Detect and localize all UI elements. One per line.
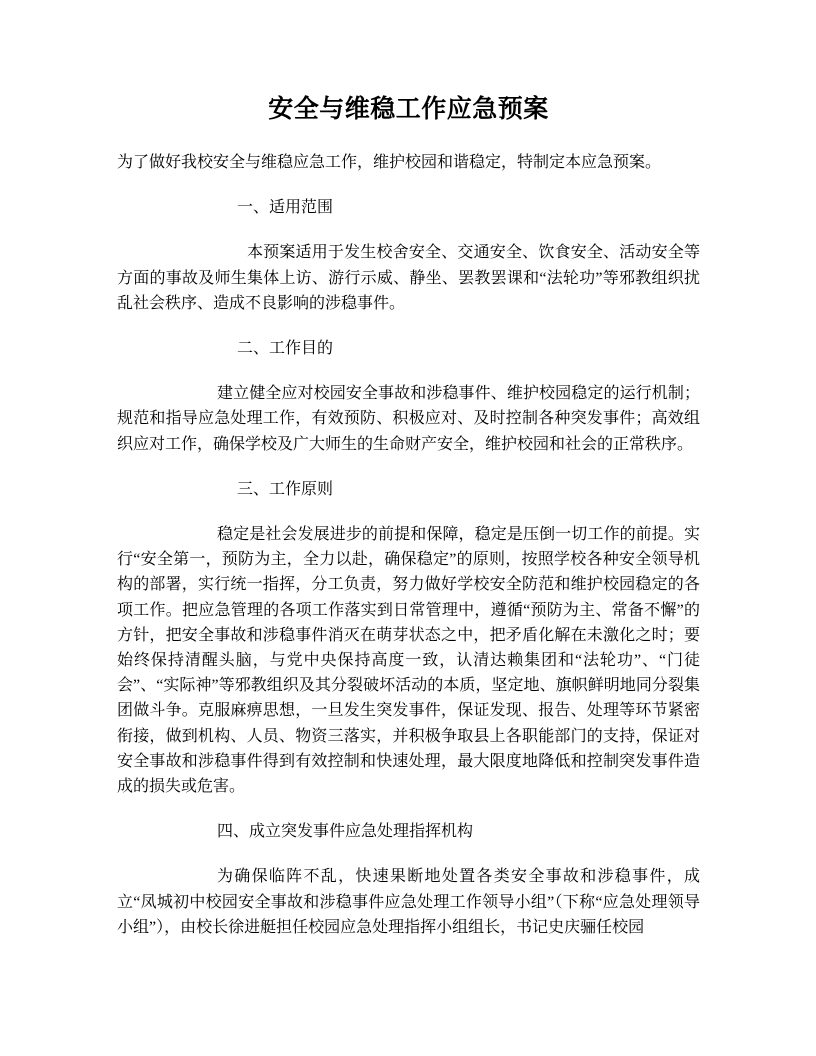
section-body-command-organization: 为确保临阵不乱，快速果断地处置各类安全事故和涉稳事件，成立“凤城初中校园安全事故… [117, 864, 700, 940]
intro-paragraph: 为了做好我校安全与维稳应急工作，维护校园和谐稳定，特制定本应急预案。 [117, 150, 700, 175]
section-purpose: 二、工作目的 建立健全应对校园安全事故和涉稳事件、维护校园稳定的运行机制；规范和… [117, 336, 700, 457]
section-principles: 三、工作原则 稳定是社会发展进步的前提和保障，稳定是压倒一切工作的前提。实行“安… [117, 477, 700, 799]
section-heading-purpose: 二、工作目的 [117, 336, 700, 361]
section-heading-principles: 三、工作原则 [117, 477, 700, 502]
section-body-scope: 本预案适用于发生校舍安全、交通安全、饮食安全、活动安全等方面的事故及师生集体上访… [117, 240, 700, 316]
section-heading-scope: 一、适用范围 [117, 195, 700, 220]
section-body-purpose: 建立健全应对校园安全事故和涉稳事件、维护校园稳定的运行机制；规范和指导应急处理工… [117, 381, 700, 457]
document-title: 安全与维稳工作应急预案 [117, 93, 700, 127]
section-body-principles: 稳定是社会发展进步的前提和保障，稳定是压倒一切工作的前提。实行“安全第一，预防为… [117, 522, 700, 799]
document-page: 安全与维稳工作应急预案 为了做好我校安全与维稳应急工作，维护校园和谐稳定，特制定… [0, 0, 816, 1056]
section-command-organization: 四、成立突发事件应急处理指挥机构 为确保临阵不乱，快速果断地处置各类安全事故和涉… [117, 819, 700, 940]
section-heading-command-organization: 四、成立突发事件应急处理指挥机构 [117, 819, 700, 844]
section-scope: 一、适用范围 本预案适用于发生校舍安全、交通安全、饮食安全、活动安全等方面的事故… [117, 195, 700, 316]
